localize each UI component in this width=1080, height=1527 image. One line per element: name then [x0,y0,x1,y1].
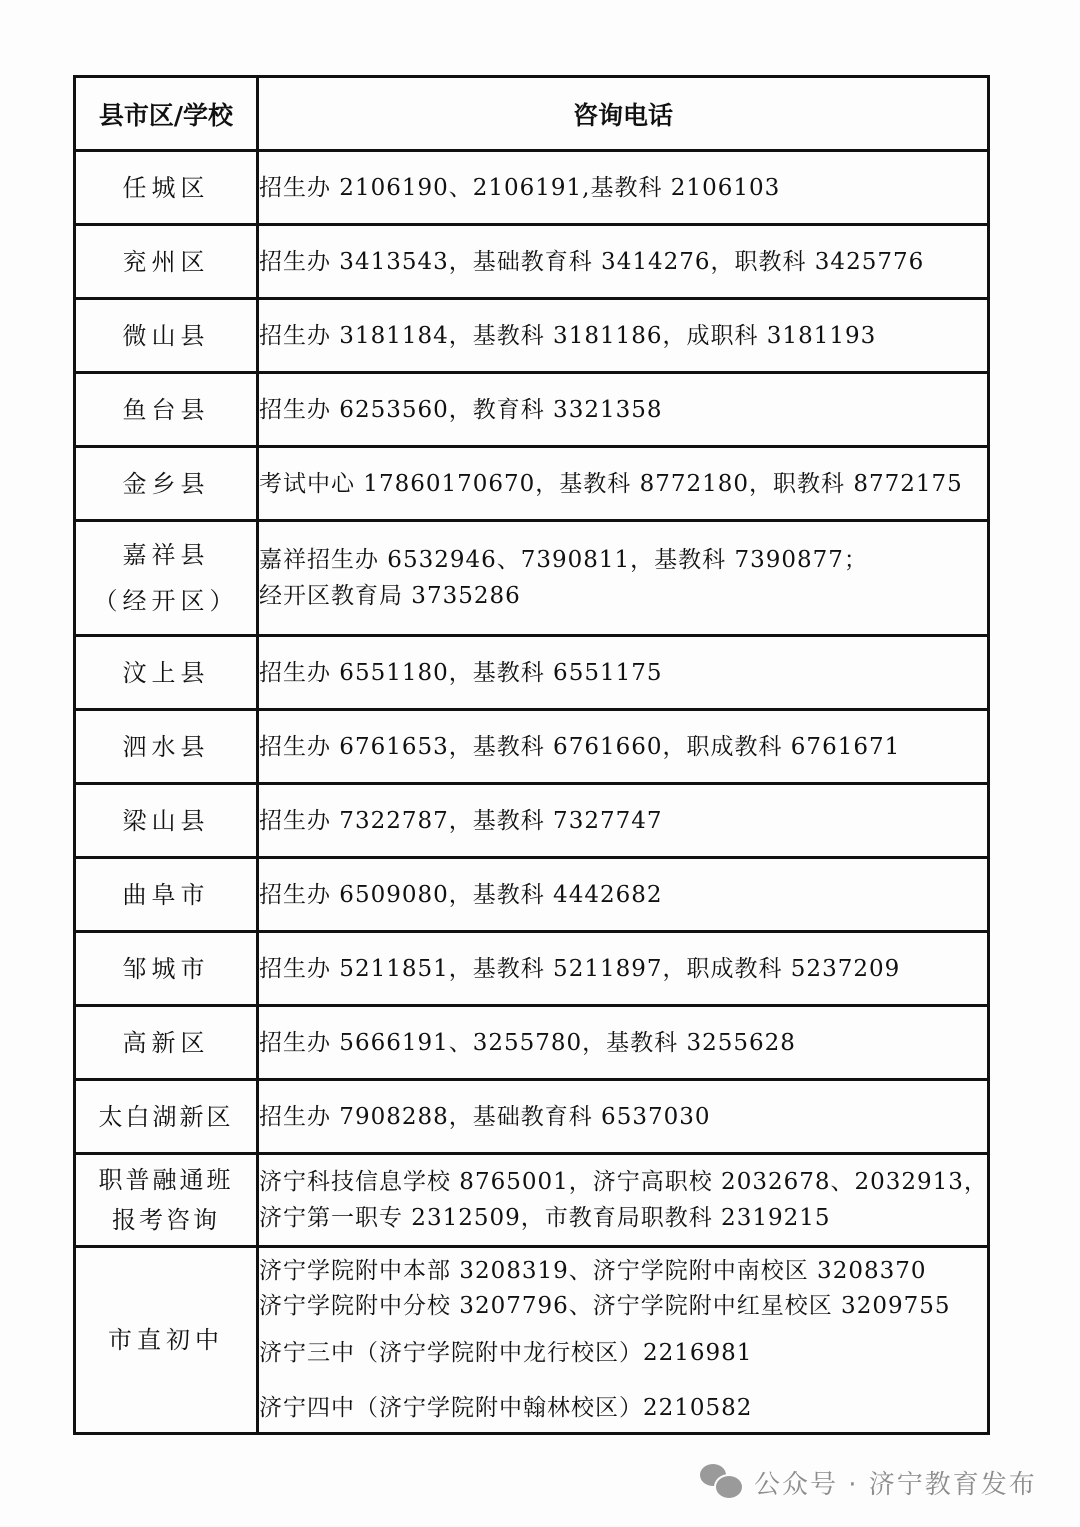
table-row: 嘉祥县 （经开区） 嘉祥招生办 6532946、7390811，基教科 7390… [75,521,989,636]
table-row: 职普融通班 报考咨询 济宁科技信息学校 8765001，济宁高职校 203267… [75,1154,989,1247]
table-row: 太白湖新区 招生办 7908288，基础教育科 6537030 [75,1080,989,1154]
watermark: 公众号 · 济宁教育发布 [700,1460,1037,1504]
phone-cell: 招生办 6509080，基教科 4442682 [258,858,989,932]
phone-cell: 招生办 2106190、2106191,基教科 2106103 [258,151,989,225]
table-row: 微山县 招生办 3181184，基教科 3181186，成职科 3181193 [75,299,989,373]
phone-cell: 招生办 6551180，基教科 6551175 [258,636,989,710]
table-row: 汶上县 招生办 6551180，基教科 6551175 [75,636,989,710]
region-cell: 市直初中 [75,1247,258,1434]
phone-cell: 考试中心 17860170670，基教科 8772180，职教科 8772175 [258,447,989,521]
phone-cell: 招生办 7908288，基础教育科 6537030 [258,1080,989,1154]
table-row: 泗水县 招生办 6761653，基教科 6761660，职成教科 6761671 [75,710,989,784]
region-cell: 鱼台县 [75,373,258,447]
table-row: 兖州区 招生办 3413543，基础教育科 3414276，职教科 342577… [75,225,989,299]
region-cell: 任城区 [75,151,258,225]
watermark-text: 公众号 · 济宁教育发布 [754,1464,1037,1501]
table-row: 市直初中 济宁学院附中本部 3208319、济宁学院附中南校区 3208370 … [75,1247,989,1434]
region-cell: 金乡县 [75,447,258,521]
wechat-icon [700,1462,744,1502]
table-row: 梁山县 招生办 7322787，基教科 7327747 [75,784,989,858]
phone-cell: 嘉祥招生办 6532946、7390811，基教科 7390877； 经开区教育… [258,521,989,636]
phone-cell: 招生办 3181184，基教科 3181186，成职科 3181193 [258,299,989,373]
region-cell: 嘉祥县 （经开区） [75,521,258,636]
region-cell: 太白湖新区 [75,1080,258,1154]
phone-cell: 招生办 3413543，基础教育科 3414276，职教科 3425776 [258,225,989,299]
phone-cell: 济宁科技信息学校 8765001，济宁高职校 2032678、2032913， … [258,1154,989,1247]
region-cell: 微山县 [75,299,258,373]
table-row: 任城区 招生办 2106190、2106191,基教科 2106103 [75,151,989,225]
header-region: 县市区/学校 [75,77,258,151]
phone-cell: 招生办 6253560，教育科 3321358 [258,373,989,447]
region-cell: 曲阜市 [75,858,258,932]
region-cell: 梁山县 [75,784,258,858]
contact-table: 县市区/学校 咨询电话 任城区 招生办 2106190、2106191,基教科 … [73,75,990,1435]
region-cell: 职普融通班 报考咨询 [75,1154,258,1247]
phone-cell: 招生办 7322787，基教科 7327747 [258,784,989,858]
table-row: 高新区 招生办 5666191、3255780，基教科 3255628 [75,1006,989,1080]
table-row: 曲阜市 招生办 6509080，基教科 4442682 [75,858,989,932]
phone-cell: 招生办 5211851，基教科 5211897，职成教科 5237209 [258,932,989,1006]
phone-cell: 济宁学院附中本部 3208319、济宁学院附中南校区 3208370 济宁学院附… [258,1247,989,1434]
table-row: 邹城市 招生办 5211851，基教科 5211897，职成教科 5237209 [75,932,989,1006]
region-cell: 兖州区 [75,225,258,299]
table-header-row: 县市区/学校 咨询电话 [75,77,989,151]
region-cell: 邹城市 [75,932,258,1006]
phone-cell: 招生办 6761653，基教科 6761660，职成教科 6761671 [258,710,989,784]
region-cell: 汶上县 [75,636,258,710]
header-phone: 咨询电话 [258,77,989,151]
table-row: 鱼台县 招生办 6253560，教育科 3321358 [75,373,989,447]
phone-cell: 招生办 5666191、3255780，基教科 3255628 [258,1006,989,1080]
table-row: 金乡县 考试中心 17860170670，基教科 8772180，职教科 877… [75,447,989,521]
region-cell: 高新区 [75,1006,258,1080]
region-cell: 泗水县 [75,710,258,784]
